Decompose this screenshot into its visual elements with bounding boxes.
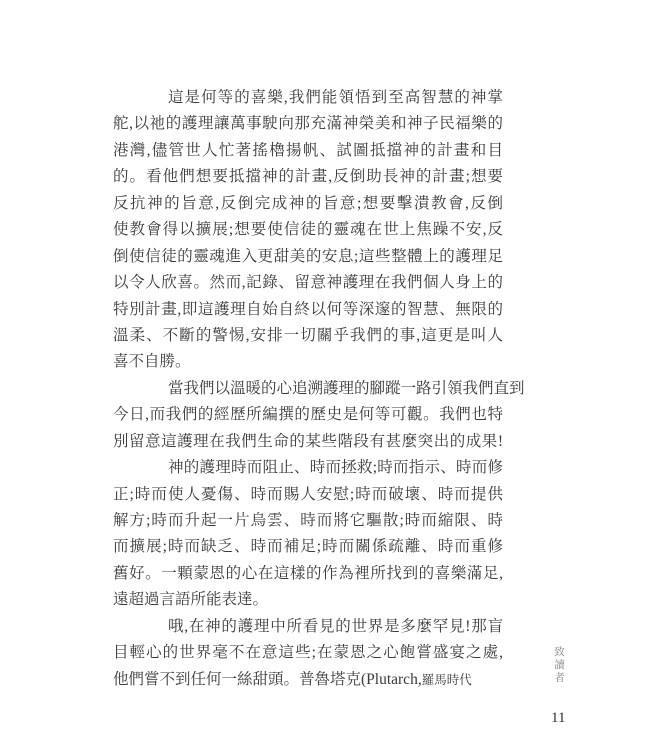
text-line: 他們嘗不到任何一絲甜頭。普魯塔克(Plutarch,羅馬時代 [113, 667, 503, 693]
text-segment: 目輕心的世界毫不在意這些;在蒙恩之心飽嘗盛宴之處, [113, 644, 503, 661]
text-segment: 神的護理時而阻止、時而拯救;時而指示、時而修 [168, 459, 503, 476]
text-segment: 以令人欣喜。然而,記錄、留意神護理在我們個人身上的 [113, 274, 503, 291]
text-segment: 溫柔、不斷的警惕,安排一切關乎我們的事,這更是叫人 [113, 327, 503, 344]
text-line: 港灣,儘管世人忙著搖櫓揚帆、試圖抵擋神的計畫和目 [113, 138, 503, 164]
text-line: 這是何等的喜樂,我們能領悟到至高智慧的神掌 [113, 85, 503, 111]
text-line: 舵,以祂的護理讓萬事駛向那充滿神榮美和神子民福樂的 [113, 111, 503, 137]
text-line: 神的護理時而阻止、時而拯救;時而指示、時而修 [113, 455, 503, 481]
text-line: 正;時而使人憂傷、時而賜人安慰;時而破壞、時而提供 [113, 482, 503, 508]
text-segment: 當我們以溫暖的心追溯護理的腳蹤一路引領我們直到 [168, 380, 525, 397]
text-line: 而擴展;時而缺乏、時而補足;時而關係疏離、時而重修 [113, 534, 503, 560]
text-segment: 這是何等的喜樂,我們能領悟到至高智慧的神掌 [168, 89, 503, 106]
text-segment: 哦,在神的護理中所看見的世界是多麼罕見!那盲 [168, 618, 503, 635]
text-line: 反抗神的旨意,反倒完成神的旨意;想要擊潰教會,反倒 [113, 191, 503, 217]
text-line: 倒使信徒的靈魂進入更甜美的安息;這些整體上的護理足 [113, 244, 503, 270]
text-line: 哦,在神的護理中所看見的世界是多麼罕見!那盲 [113, 614, 503, 640]
text-segment: 倒使信徒的靈魂進入更甜美的安息;這些整體上的護理足 [113, 248, 503, 265]
inline-annotation: 羅馬時代 [422, 673, 472, 687]
text-line: 的。看他們想要抵擋神的計畫,反倒助長神的計畫;想要 [113, 164, 503, 190]
text-segment: 遠超過言語所能表達。 [113, 591, 268, 608]
text-segment: 使教會得以擴展;想要使信徒的靈魂在世上焦躁不安,反 [113, 221, 503, 238]
text-segment: 舵,以祂的護理讓萬事駛向那充滿神榮美和神子民福樂的 [113, 115, 503, 132]
text-segment: 而擴展;時而缺乏、時而補足;時而關係疏離、時而重修 [113, 538, 503, 555]
text-segment: 的。看他們想要抵擋神的計畫,反倒助長神的計畫;想要 [113, 168, 503, 185]
text-segment: 喜不自勝。 [113, 353, 191, 370]
text-segment: 舊好。一顆蒙恩的心在這樣的作為裡所找到的喜樂滿足, [113, 565, 503, 582]
text-segment: 特別計畫,即這護理自始自終以何等深邃的智慧、無限的 [113, 301, 503, 318]
text-segment: 他們嘗不到任何一絲甜頭。普魯塔克(Plutarch, [113, 671, 422, 688]
book-page: 這是何等的喜樂,我們能領悟到至高智慧的神掌舵,以祂的護理讓萬事駛向那充滿神榮美和… [0, 0, 650, 750]
text-line: 解方;時而升起一片烏雲、時而將它驅散;時而縮限、時 [113, 508, 503, 534]
text-segment: 別留意這護理在我們生命的某些階段有甚麼突出的成果! [113, 433, 503, 450]
text-segment: 反抗神的旨意,反倒完成神的旨意;想要擊潰教會,反倒 [113, 195, 503, 212]
text-line: 今日,而我們的經歷所編撰的歷史是何等可觀。我們也特 [113, 402, 503, 428]
text-line: 溫柔、不斷的警惕,安排一切關乎我們的事,這更是叫人 [113, 323, 503, 349]
sidebar-label: 致讀者 [551, 646, 566, 685]
text-line: 舊好。一顆蒙恩的心在這樣的作為裡所找到的喜樂滿足, [113, 561, 503, 587]
text-segment: 港灣,儘管世人忙著搖櫓揚帆、試圖抵擋神的計畫和目 [113, 142, 503, 159]
text-segment: 今日,而我們的經歷所編撰的歷史是何等可觀。我們也特 [113, 406, 503, 423]
text-block: 這是何等的喜樂,我們能領悟到至高智慧的神掌舵,以祂的護理讓萬事駛向那充滿神榮美和… [113, 85, 503, 693]
text-segment: 解方;時而升起一片烏雲、時而將它驅散;時而縮限、時 [113, 512, 503, 529]
text-line: 使教會得以擴展;想要使信徒的靈魂在世上焦躁不安,反 [113, 217, 503, 243]
text-line: 喜不自勝。 [113, 349, 503, 375]
text-line: 遠超過言語所能表達。 [113, 587, 503, 613]
text-line: 別留意這護理在我們生命的某些階段有甚麼突出的成果! [113, 429, 503, 455]
text-line: 目輕心的世界毫不在意這些;在蒙恩之心飽嘗盛宴之處, [113, 640, 503, 666]
text-line: 以令人欣喜。然而,記錄、留意神護理在我們個人身上的 [113, 270, 503, 296]
text-segment: 正;時而使人憂傷、時而賜人安慰;時而破壞、時而提供 [113, 486, 503, 503]
text-line: 當我們以溫暖的心追溯護理的腳蹤一路引領我們直到 [113, 376, 503, 402]
page-number: 11 [551, 708, 565, 728]
text-line: 特別計畫,即這護理自始自終以何等深邃的智慧、無限的 [113, 297, 503, 323]
